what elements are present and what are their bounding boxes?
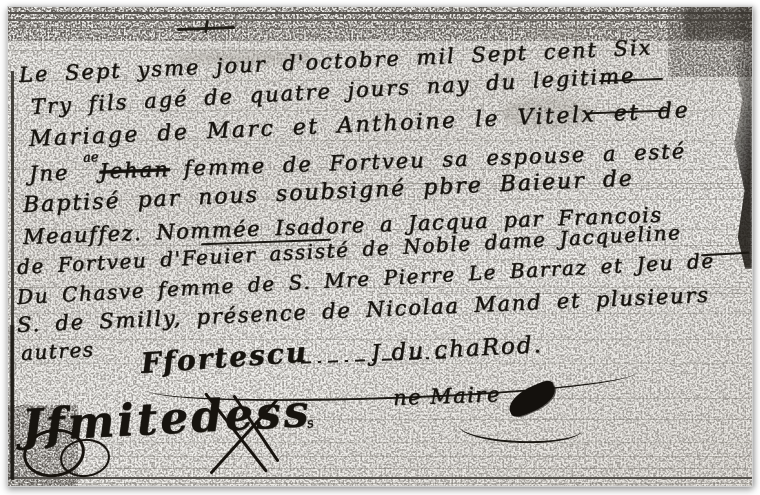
ruled-line <box>8 28 752 29</box>
scanned-manuscript-page: Le Sept ysme jour d'octobre mil Sept cen… <box>7 6 753 487</box>
signature-ne-maire: ne Maire <box>393 382 502 410</box>
ruled-line <box>8 477 752 479</box>
ruled-line <box>8 483 752 484</box>
ruled-line <box>93 468 752 469</box>
manuscript-line-10: autres <box>20 337 95 365</box>
signature-tail-flourish <box>457 409 583 445</box>
ruled-line <box>93 456 752 457</box>
struck-out-word: Jehan <box>99 157 170 183</box>
ink-bleed-smudge <box>522 29 582 39</box>
line4-start: Jne <box>29 161 70 186</box>
ruled-line <box>8 19 752 21</box>
interline-insertion: ae <box>82 150 98 166</box>
page-corner-shadow <box>684 7 752 39</box>
left-margin-line <box>10 325 14 479</box>
ruled-line <box>8 12 752 14</box>
page-right-edge-shadow <box>718 7 752 269</box>
